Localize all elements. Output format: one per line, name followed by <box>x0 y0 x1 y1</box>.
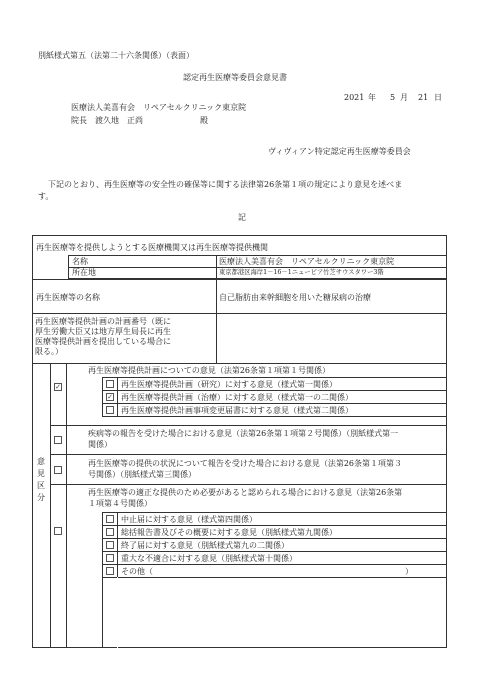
opinion-1-sub-3-checkbox[interactable] <box>106 406 114 414</box>
opinion-1-checkbox-cell <box>50 363 67 426</box>
opinion-4-sub-5-close: ） <box>405 567 413 577</box>
opinion-4-checkbox[interactable] <box>54 527 62 535</box>
opinion-3-label-line-1: 再生医療等の提供の状況について報告を受けた場合における意見（法第26条第１項第３ <box>88 459 402 469</box>
plan-number-line-2: 厚生労働大臣又は地方厚生局長に再生 <box>35 327 171 337</box>
addressee-honorific: 殿 <box>200 116 208 126</box>
opinion-1-sub-2-label: 再生医療等提供計画（治療）に対する意見（様式第一の二関係） <box>121 393 353 403</box>
opinion-4-sub-4-checkbox[interactable] <box>106 554 114 562</box>
address-label: 所在地 <box>72 268 96 278</box>
form-number: 別紙様式第五（法第二十六条関係）（表面） <box>38 51 194 61</box>
plan-number-line-1: 再生医療等提供計画の計画番号（既に <box>35 317 171 327</box>
opinion-3-label-line-2: 号関係）（別紙様式第三関係） <box>88 470 196 480</box>
opinion-category-cell <box>32 363 51 648</box>
addressee-organization: 医療法人美喜有会 リペアセルクリニック東京院 <box>71 103 246 113</box>
opinion-4-sub-column-continuation-2 <box>117 577 118 648</box>
intro-line-1: 下記のとおり、再生医療等の安全性の確保等に関する法律第26条第１項の規定により意… <box>48 180 402 190</box>
opinion-4-sub-2-checkbox[interactable] <box>106 528 114 536</box>
date-month-label: 月 <box>400 93 408 103</box>
address-value: 東京都港区海岸1－16－1ニューピア竹芝サウスタワー3階 <box>219 269 384 277</box>
name-label: 名称 <box>72 257 88 267</box>
opinion-4-sub-3-checkbox[interactable] <box>106 541 114 549</box>
opinion-4-sub-4-label: 重大な不適合に対する意見（別紙様式第十関係） <box>121 554 297 564</box>
committee-name: ヴィヴィアン特定認定再生医療等委員会 <box>268 147 411 157</box>
opinion-4-label-line-1: 再生医療等の適正な提供のため必要があると認められる場合における意見（法第26条第 <box>88 488 402 498</box>
opinion-4-checkbox-cell <box>50 484 67 648</box>
opinion-4-sub-3-label: 終了届に対する意見（別紙様式第九の二関係） <box>121 541 289 551</box>
opinion-4-sub-2-label: 総括報告書及びその概要に対する意見（別紙様式第九関係） <box>121 528 337 538</box>
opinion-4-sub-1-checkbox[interactable] <box>106 515 114 523</box>
date-day-label: 日 <box>434 93 442 103</box>
provider-header: 再生医療等を提供しようとする医療機関又は再生医療等提供機関 <box>36 243 268 253</box>
opinion-2-checkbox[interactable] <box>54 436 62 444</box>
plan-number-line-4: 限る。） <box>35 347 63 357</box>
date-day: 21 <box>418 93 428 103</box>
opinion-category-label: 意 見 区 分 <box>36 456 46 504</box>
opinion-1-checkbox[interactable]: ✓ <box>54 383 62 391</box>
date-month: 5 <box>390 93 395 103</box>
date-year-label: 年 <box>368 93 376 103</box>
plan-number-value-cell[interactable] <box>216 313 447 364</box>
addressee-name: 院長 渡久地 正尚 <box>71 116 143 126</box>
opinion-2-label-line-1: 疾病等の報告を受けた場合における意見（法第26条第１項第２号関係）（別紙様式第一 <box>88 429 398 439</box>
opinion-4-sub-5-other-input[interactable] <box>140 566 380 576</box>
opinion-1-sub-3-label: 再生医療等提供計画事項変更届書に対する意見（様式第二関係） <box>121 406 353 416</box>
therapy-label: 再生医療等の名称 <box>36 293 100 303</box>
opinion-1-sub-1-checkbox[interactable] <box>106 380 114 388</box>
opinion-3-checkbox[interactable] <box>54 466 62 474</box>
name-value: 医療法人美喜有会 リペアセルクリニック東京院 <box>219 257 394 267</box>
opinion-4-label-line-2: １項第４号関係） <box>88 499 152 509</box>
opinion-4-sub-column-continuation <box>102 577 103 648</box>
opinion-4-sub-1-label: 中止届に対する意見（様式第四関係） <box>121 515 257 525</box>
opinion-1-sub-1-label: 再生医療等提供計画（研究）に対する意見（様式第一関係） <box>121 380 337 390</box>
therapy-value: 自己脂肪由来幹細胞を用いた糖尿病の治療 <box>219 293 371 303</box>
document-title: 認定再生医療等委員会意見書 <box>183 73 287 83</box>
opinion-4-sub-5-checkbox[interactable] <box>106 567 114 575</box>
opinion-2-label-line-2: 関係） <box>88 440 112 450</box>
opinion-1-sub-2-checkbox[interactable]: ✓ <box>106 393 114 401</box>
opinion-1-label: 再生医療等提供計画についての意見（法第26条第１項第１号関係） <box>88 366 330 376</box>
plan-number-line-3: 医療等提供計画を提出している場合に <box>35 337 171 347</box>
ki-heading: 記 <box>238 213 246 223</box>
date-year: 2021 <box>344 93 364 103</box>
intro-line-2: す。 <box>38 192 53 202</box>
